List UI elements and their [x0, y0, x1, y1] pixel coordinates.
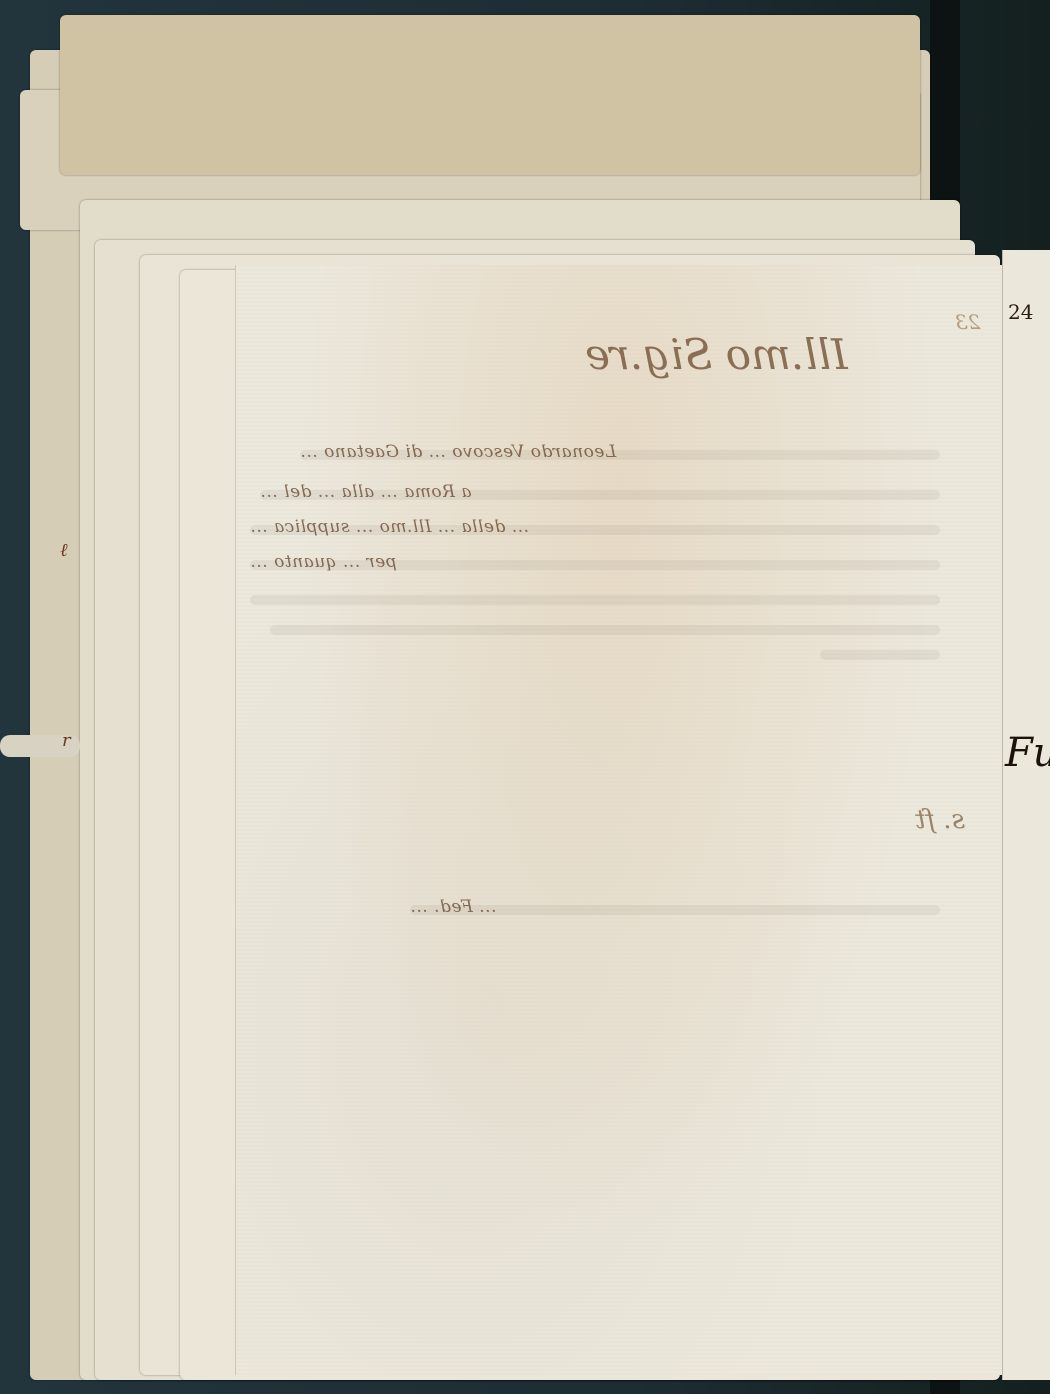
ink-line	[820, 650, 940, 660]
manuscript-page	[235, 265, 1003, 1375]
side-mark: s. ft	[915, 805, 965, 835]
ghost-folio-number: 23	[955, 310, 980, 334]
left-margin-mark: ℓ	[60, 540, 68, 561]
ink-line	[250, 595, 940, 605]
left-margin-mark: r	[62, 730, 71, 751]
heading-mark: Ill.mo Sig.re	[585, 330, 848, 379]
text-line: Leonardo Vescovo ... di Gaetano ...	[300, 442, 616, 444]
page-stack-top-worn	[60, 15, 920, 175]
ink-line	[270, 625, 940, 635]
right-page-mark: Fut	[1005, 730, 1050, 776]
facing-page	[1002, 250, 1050, 1380]
text-line: ... della ... Ill.mo ... supplica ...	[250, 517, 529, 519]
closing-text: ... Fed. ...	[410, 897, 496, 899]
text-line: a Roma ... alla ... del ...	[260, 482, 472, 484]
text-line: per ... quanto ...	[250, 552, 397, 554]
folio-number: 24	[1008, 300, 1033, 324]
